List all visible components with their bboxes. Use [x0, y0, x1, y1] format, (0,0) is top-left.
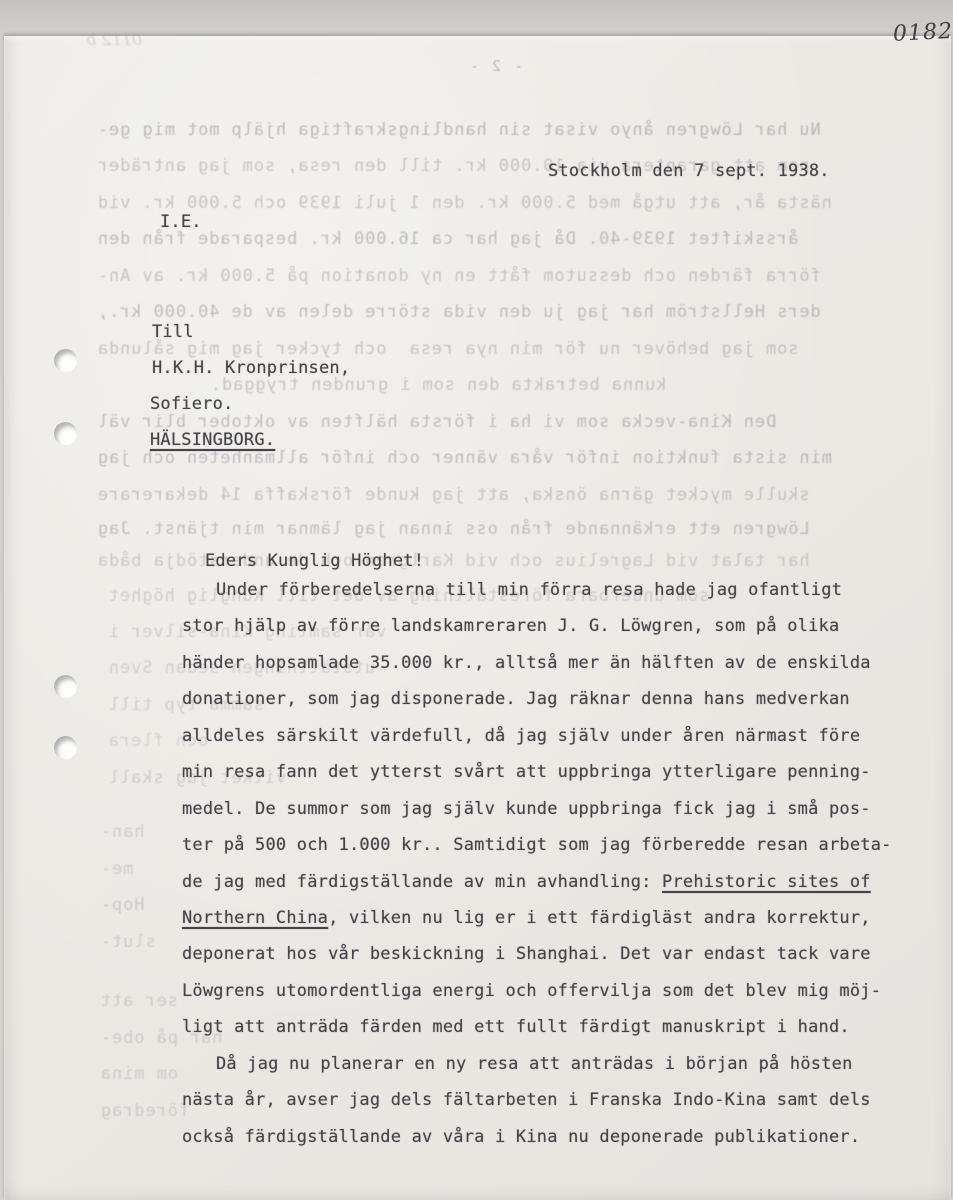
text-segment: Då jag nu planerar en ny resa att anträd… [216, 1054, 853, 1074]
text-segment: deponerat hos vår beskickning i Shanghai… [182, 944, 871, 964]
body-line: ter på 500 och 1.000 kr.. Samtidigt som … [182, 827, 892, 863]
body-line: Northern China, vilken nu lig er i ett f… [182, 900, 892, 936]
bleedthrough-line: förra färden och dessutom fått en ny don… [97, 266, 821, 286]
bleedthrough-line: han- [100, 822, 145, 842]
bleedthrough-line: som jag behöver nu för min nya resa och … [97, 339, 799, 359]
text-segment: ligt att anträda färden med ett fullt fä… [182, 1017, 850, 1037]
stamp-bleed: 0112 b [86, 30, 142, 49]
text-segment: ter på 500 och 1.000 kr.. Samtidigt som … [182, 835, 892, 855]
bleedthrough-line: kunna betrakta den som i grunden tryggad… [210, 375, 667, 395]
body-line: också färdigställande av våra i Kina nu … [182, 1119, 892, 1155]
text-segment: alldeles särskilt värdefull, då jag själ… [182, 726, 860, 746]
text-segment: medel. De summor som jag själv kunde upp… [182, 799, 871, 819]
bleedthrough-line: min sista funktion inför våra vänner och… [97, 448, 832, 468]
archive-number: 0182a [892, 18, 953, 47]
bleedthrough-line: årsskiftet 1939-40. Då jag har ca 16.000… [97, 229, 799, 249]
bleedthrough-line: Hop- [100, 895, 145, 915]
bleedthrough-line: slut- [100, 932, 156, 952]
body-line: alldeles särskilt värdefull, då jag själ… [182, 718, 892, 754]
punch-hole [54, 675, 77, 698]
text-segment: min resa fann det ytterst svårt att uppb… [182, 762, 871, 782]
text-segment: Prehistoric sites of [662, 872, 871, 892]
bleedthrough-line: skulle mycket gärna önska, att jag kunde… [97, 485, 810, 505]
bleedthrough-line: ser att [100, 991, 178, 1011]
salutation: Eders Kunglig Höghet! [205, 551, 424, 571]
recipient-place: Sofiero. [150, 394, 233, 414]
text-segment: nästa år, avser jag dels fältarbeten i F… [182, 1090, 871, 1110]
bleedthrough-line: Den Kina-vecka som vi ha i första hälfte… [97, 412, 776, 432]
text-segment: de jag med färdigställande av min avhand… [182, 872, 662, 892]
text-segment: händer hopsamlade 35.000 kr., alltså mer… [182, 653, 871, 673]
text-segment: stor hjälp av förre landskamreraren J. G… [182, 616, 839, 636]
body-line: Löwgrens utomordentliga energi och offer… [182, 973, 892, 1009]
bleedthrough-line: ders Hellström har jag ju den vida störr… [97, 302, 821, 322]
text-segment: Northern China [182, 908, 328, 928]
body-line: de jag med färdigställande av min avhand… [182, 864, 892, 900]
body-line: medel. De summor som jag själv kunde upp… [182, 791, 892, 827]
letter-body: Under förberedelserna till min förra res… [182, 572, 892, 1155]
body-line: händer hopsamlade 35.000 kr., alltså mer… [182, 645, 892, 681]
recipient-city: HÄLSINGBORG. [150, 430, 275, 450]
punch-hole [54, 422, 77, 445]
recipient-name: H.K.H. Kronprinsen, [152, 358, 350, 378]
sender-initials: I.E. [160, 212, 202, 232]
bleedthrough-line: me- [100, 859, 133, 879]
text-segment: donationer, som jag disponerade. Jag räk… [182, 689, 850, 709]
body-line: deponerat hos vår beskickning i Shanghai… [182, 936, 892, 972]
text-segment: Löwgrens utomordentliga energi och offer… [182, 981, 881, 1001]
bleedthrough-line: om mina [100, 1064, 178, 1084]
punch-hole [54, 736, 77, 759]
body-line: Under förberedelserna till min förra res… [182, 572, 892, 608]
text-segment: , vilken nu lig er i ett färdigläst andr… [328, 908, 871, 928]
body-line: stor hjälp av förre landskamreraren J. G… [182, 608, 892, 644]
bleedthrough-line: nästa år, att utgå med 5.000 kr. den 1 j… [97, 193, 832, 213]
body-line: donationer, som jag disponerade. Jag räk… [182, 681, 892, 717]
text-segment: Under förberedelserna till min förra res… [216, 580, 842, 600]
bleedthrough-line: har talat vid Lagrelius och vid Karlgren… [97, 551, 810, 571]
scanned-letter-page: Nu har Löwgren ånyo visat sin handlingsk… [0, 0, 953, 1200]
bleedthrough-line: Nu har Löwgren ånyo visat sin handlingsk… [97, 120, 821, 140]
page-number: - 2 - [468, 57, 523, 75]
body-line: nästa år, avser jag dels fältarbeten i F… [182, 1082, 892, 1118]
bleedthrough-line: Löwgren ett erkännande från oss innan ja… [97, 519, 810, 539]
recipient-to: Till [152, 322, 194, 342]
text-segment: också färdigställande av våra i Kina nu … [182, 1127, 860, 1147]
body-line: ligt att anträda färden med ett fullt fä… [182, 1009, 892, 1045]
bleedthrough-line: föredrag [100, 1101, 189, 1121]
dateline: Stockholm den 7 sept. 1938. [548, 161, 830, 181]
body-line: min resa fann det ytterst svårt att uppb… [182, 754, 892, 790]
body-line: Då jag nu planerar en ny resa att anträd… [182, 1046, 892, 1082]
punch-hole [54, 349, 77, 372]
